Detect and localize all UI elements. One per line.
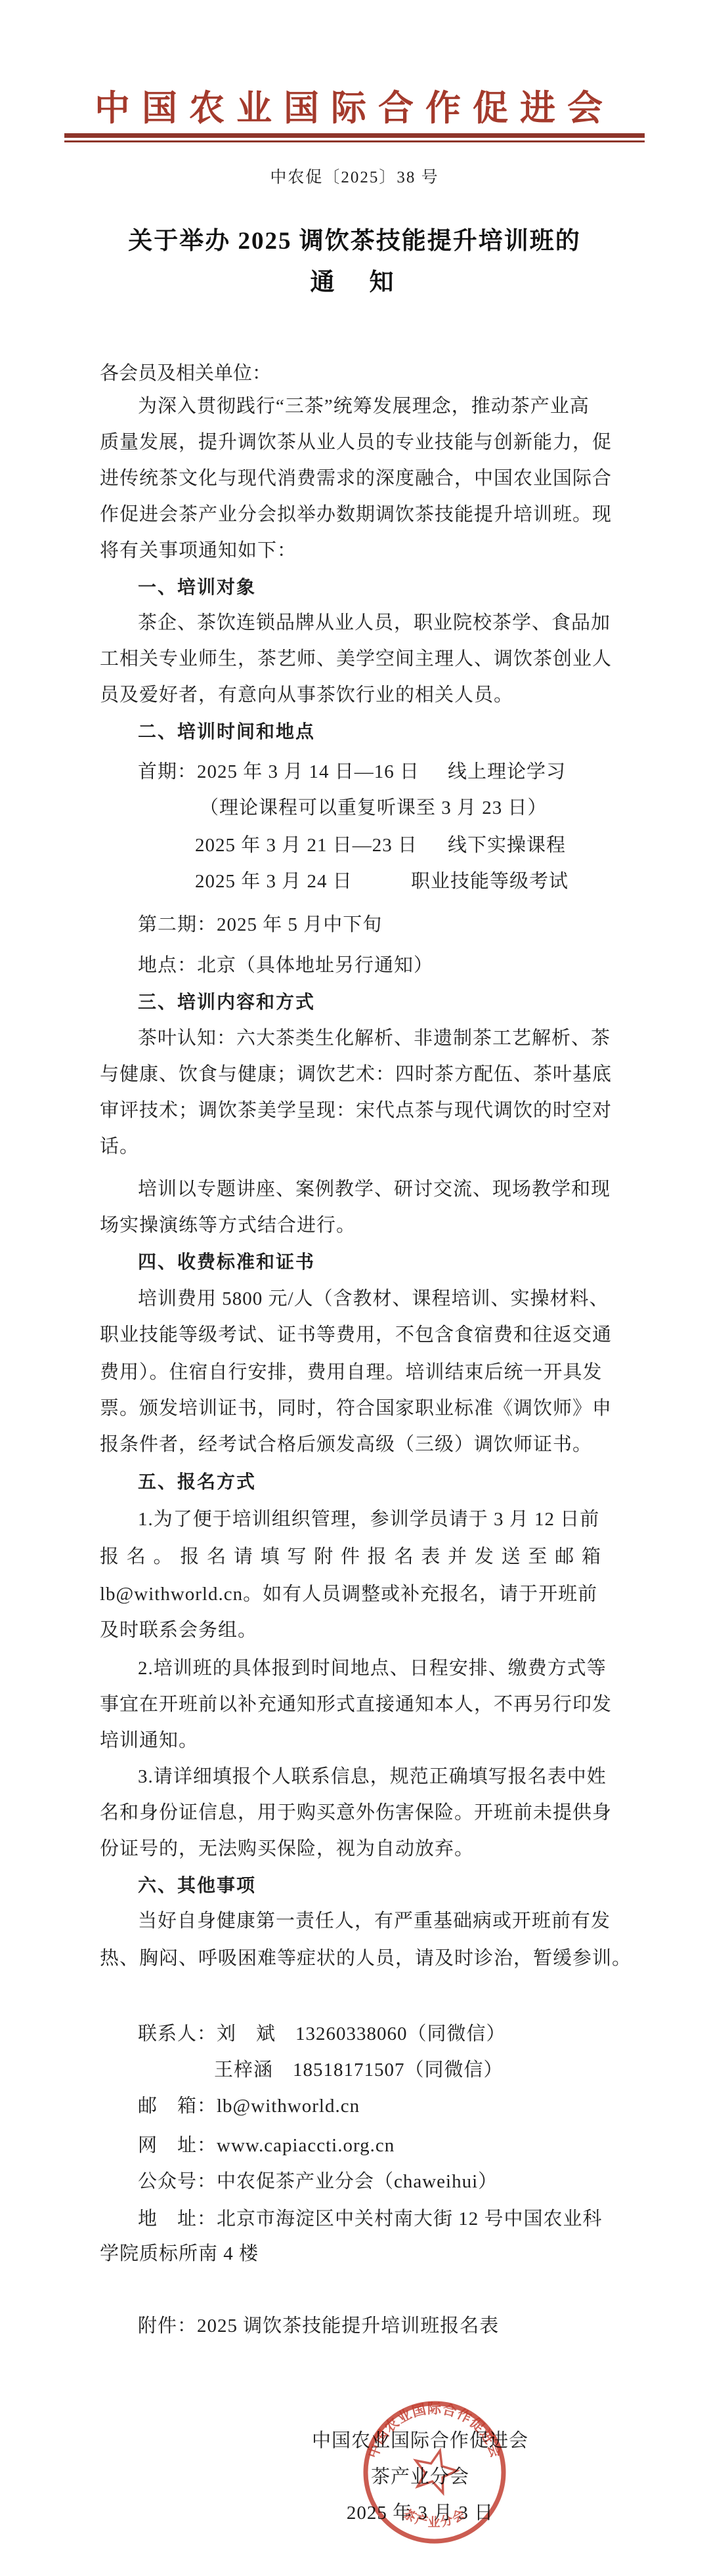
doc-line: 员及爱好者，有意向从事茶饮行业的相关人员。: [100, 677, 513, 713]
doc-line: 话。: [100, 1129, 139, 1165]
section-heading: 六、其他事项: [138, 1867, 256, 1903]
section-heading: 二、培训时间和地点: [138, 713, 315, 750]
doc-line: 当好自身健康第一责任人，有严重基础病或开班前有发: [138, 1903, 611, 1939]
doc-line: 学院质标所南 4 楼: [100, 2236, 259, 2272]
doc-line: 为深入贯彻践行“三茶”统筹发展理念，推动茶产业高: [138, 389, 590, 425]
doc-line: lb@withworld.cn。如有人员调整或补充报名，请于开班前: [100, 1576, 597, 1613]
doc-line: 作促进会茶产业分会拟举办数期调饮茶技能提升培训班。现: [100, 497, 612, 533]
doc-line-col2: 职业技能等级考试: [411, 864, 569, 900]
doc-line: 报条件者，经考试合格后颁发高级（三级）调饮师证书。: [100, 1427, 592, 1463]
doc-line: 费用）。住宿自行安排，费用自理。培训结束后统一开具发: [100, 1355, 603, 1391]
notice-title-line2: 通 知: [0, 262, 709, 297]
section-heading: 三、培训内容和方式: [138, 984, 315, 1020]
letterhead-rule-thin: [64, 140, 645, 142]
document-number: 中农促〔2025〕38 号: [0, 164, 709, 188]
doc-line: 2025 年 3 月 21 日—23 日线下实操课程: [195, 828, 418, 864]
doc-line: 2025 年 3 月 24 日职业技能等级考试: [195, 864, 353, 900]
doc-line: 名和身份证信息，用于购买意外伤害保险。开班前未提供身: [100, 1795, 612, 1831]
doc-line: 事宜在开班前以补充通知形式直接通知本人，不再另行印发: [100, 1687, 612, 1723]
doc-line: 地点：北京（具体地址另行通知）: [138, 948, 433, 984]
section-heading: 五、报名方式: [138, 1464, 256, 1500]
doc-line: 质量发展，提升调饮茶从业人员的专业技能与创新能力，促: [100, 425, 612, 461]
doc-line-col2: 线下实操课程: [448, 828, 566, 864]
doc-line: 职业技能等级考试、证书等费用，不包含食宿费和往返交通: [100, 1317, 612, 1353]
doc-line: 茶企、茶饮连锁品牌从业人员，职业院校茶学、食品加: [138, 605, 611, 641]
doc-line: 工相关专业师生，茶艺师、美学空间主理人、调饮茶创业人: [100, 641, 612, 677]
doc-line: 培训通知。: [100, 1723, 198, 1759]
signature-branch: 茶产业分会: [249, 2459, 591, 2495]
doc-line: 第二期：2025 年 5 月中下旬: [138, 907, 382, 943]
doc-line: 1.为了便于培训组织管理，参训学员请于 3 月 12 日前: [138, 1502, 599, 1538]
doc-line: 票。颁发培训证书，同时，符合国家职业标准《调饮师》申: [100, 1391, 612, 1427]
doc-line: （理论课程可以重复听课至 3 月 23 日）: [200, 790, 548, 826]
doc-line: 3.请详细填报个人联系信息，规范正确填写报名表中姓: [138, 1759, 607, 1795]
doc-line: 2.培训班的具体报到时间地点、日程安排、缴费方式等: [138, 1651, 607, 1687]
signature-date: 2025 年 3 月 3 日: [249, 2495, 591, 2531]
doc-line: 首期：2025 年 3 月 14 日—16 日线上理论学习: [138, 754, 419, 790]
doc-line: 及时联系会务组。: [100, 1613, 257, 1649]
salutation: 各会员及相关单位：: [100, 358, 271, 385]
doc-line: 将有关事项通知如下：: [100, 533, 297, 569]
doc-line: 进传统茶文化与现代消费需求的深度融合，中国农业国际合: [100, 461, 612, 497]
section-heading: 一、培训对象: [138, 569, 256, 605]
doc-line: 热、胸闷、呼吸困难等症状的人员，请及时诊治，暂缓参训。: [100, 1941, 632, 1977]
doc-line: 邮 箱：lb@withworld.cn: [138, 2088, 360, 2124]
doc-line: 培训以专题讲座、案例教学、研讨交流、现场教学和现: [138, 1172, 611, 1208]
doc-line: 与健康、饮食与健康；调饮艺术：四时茶方配伍、茶叶基底: [100, 1057, 612, 1093]
document-page: 中国农业国际合作促进会 中农促〔2025〕38 号 关于举办 2025 调饮茶技…: [0, 0, 709, 2576]
doc-line: 公众号：中农促茶产业分会（chaweihui）: [138, 2164, 498, 2200]
signature-block: 中国农业国际合作促进会 茶产业分会 2025 年 3 月 3 日: [249, 2423, 591, 2531]
letterhead-org-name: 中国农业国际合作促进会: [0, 80, 709, 131]
doc-line: 份证号的，无法购买保险，视为自动放弃。: [100, 1831, 474, 1867]
doc-line: 网 址：www.capiaccti.org.cn: [138, 2128, 395, 2164]
notice-title-line1: 关于举办 2025 调饮茶技能提升培训班的: [0, 221, 709, 256]
doc-line: 场实操演练等方式结合进行。: [100, 1208, 356, 1244]
doc-line-col2: 线上理论学习: [448, 754, 566, 790]
doc-line: 王梓涵 18518171507（同微信）: [214, 2052, 504, 2088]
doc-line: 培训费用 5800 元/人（含教材、课程培训、实操材料、: [138, 1281, 609, 1317]
doc-line: 审评技术；调饮茶美学呈现：宋代点茶与现代调饮的时空对: [100, 1093, 612, 1129]
doc-line: 地 址：北京市海淀区中关村南大街 12 号中国农业科: [138, 2201, 603, 2237]
doc-line: 联系人：刘 斌 13260338060（同微信）: [138, 2016, 506, 2052]
section-heading: 四、收费标准和证书: [138, 1244, 315, 1280]
doc-line: 茶叶认知：六大茶类生化解析、非遗制茶工艺解析、茶: [138, 1021, 611, 1057]
letterhead-rule-thick: [64, 133, 645, 138]
doc-line: 附件：2025 调饮茶技能提升培训班报名表: [138, 2308, 499, 2344]
signature-org: 中国农业国际合作促进会: [249, 2423, 591, 2459]
doc-line: 报名。报名请填写附件报名表并发送至邮箱: [100, 1539, 601, 1575]
